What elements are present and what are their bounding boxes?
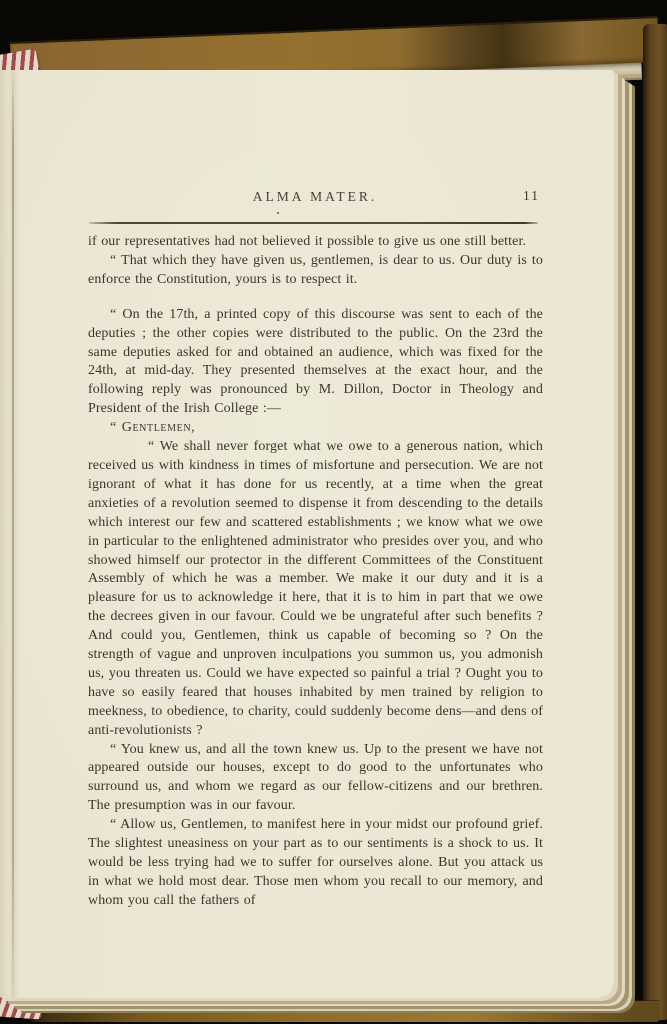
book-page: ALMA MATER. 11 if our representatives ha… <box>0 70 614 998</box>
text-block: if our representatives had not believed … <box>88 233 543 911</box>
page-number: 11 <box>88 188 540 204</box>
book-cover-right-edge <box>643 24 667 1020</box>
header-rule <box>89 222 538 224</box>
paragraph-salutation: “ Gentlemen, <box>88 419 543 438</box>
paragraph-quote-constitution: “ That which they have given us, gentlem… <box>88 252 543 290</box>
page-gutter-crease <box>12 70 14 998</box>
paragraph-reply: “ We shall never forget what we owe to a… <box>88 438 543 741</box>
book-cover-bottom-edge <box>26 1001 660 1022</box>
print-speck <box>277 212 279 214</box>
paragraph-continuation: if our representatives had not believed … <box>88 233 543 252</box>
paragraph-discourse: “ On the 17th, a printed copy of this di… <box>88 306 543 419</box>
paragraph-you-knew-us: “ You knew us, and all the town knew us.… <box>88 741 543 817</box>
paragraph-allow-us: “ Allow us, Gentlemen, to manifest here … <box>88 816 543 911</box>
book-photo-scene: ALMA MATER. 11 if our representatives ha… <box>0 0 667 1024</box>
headband-bottom <box>0 996 43 1019</box>
